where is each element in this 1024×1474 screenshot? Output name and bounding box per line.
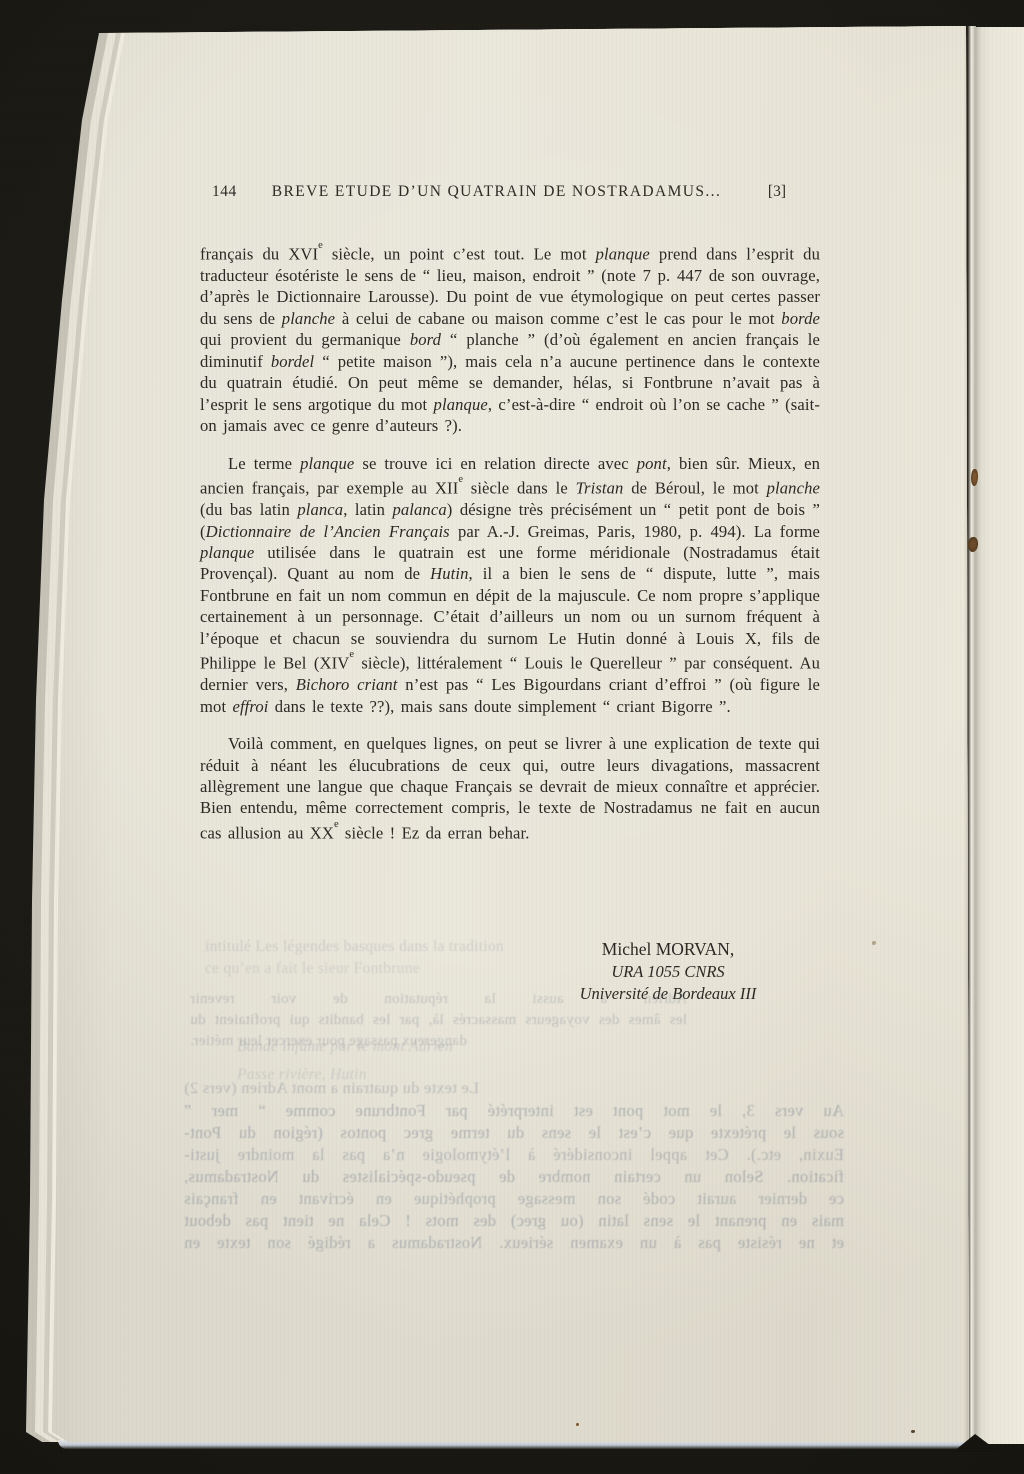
page-header: 144 BREVE ETUDE D’UN QUATRAIN DE NOSTRAD… xyxy=(200,183,820,205)
running-title: BREVE ETUDE D’UN QUATRAIN DE NOSTRADAMUS… xyxy=(272,183,721,201)
book-scan-photo: 144 BREVE ETUDE D’UN QUATRAIN DE NOSTRAD… xyxy=(0,0,1024,1474)
facing-page-edge xyxy=(975,27,1024,1444)
offset-ghost-line: intitulé Les légendes basques dans la tr… xyxy=(205,938,645,956)
bleed-through-line: sous le prétexte que c’est le sens du te… xyxy=(184,1123,844,1143)
paragraph: Le terme planque se trouve ici en relati… xyxy=(200,453,820,718)
bleed-through-line: Au vers 3, le mot pont est interprété pa… xyxy=(184,1101,870,1121)
offset-ghost-line: Bande infâme par le mont Adrien xyxy=(237,1038,547,1056)
offset-ghost-line: ce qu’en a fait le sieur Fontbrune xyxy=(205,960,625,978)
header-reference: [3] xyxy=(768,183,786,201)
bleed-through-line: les âmes des voyageurs massacrés là, par… xyxy=(190,1012,687,1029)
book-page: 144 BREVE ETUDE D’UN QUATRAIN DE NOSTRAD… xyxy=(0,0,1024,1474)
bleed-through-line: fication. Selon un certain nombre de pse… xyxy=(184,1167,844,1187)
bleed-through-line: et ne résiste pas à un examen sérieux. N… xyxy=(184,1233,844,1253)
body-text: français du XVIe siècle, un point c’est … xyxy=(200,240,820,844)
paragraph: français du XVIe siècle, un point c’est … xyxy=(200,240,820,437)
bleed-through-line: Euxin, etc.). Cet appel inconsidéré à l’… xyxy=(184,1145,844,1165)
paragraph: Voilà comment, en quelques lignes, on pe… xyxy=(200,733,820,844)
bleed-through-line: ce dernier aurait codé son message proph… xyxy=(184,1189,844,1209)
offset-ghost-line: Passe rivière, Hutin xyxy=(237,1066,467,1084)
bleed-through-line: mais en prenant le sens latin (ou grec) … xyxy=(184,1211,844,1231)
bleed-through-line: Adrien a aussi la réputation de voir rev… xyxy=(190,991,687,1008)
page-number: 144 xyxy=(212,183,237,201)
